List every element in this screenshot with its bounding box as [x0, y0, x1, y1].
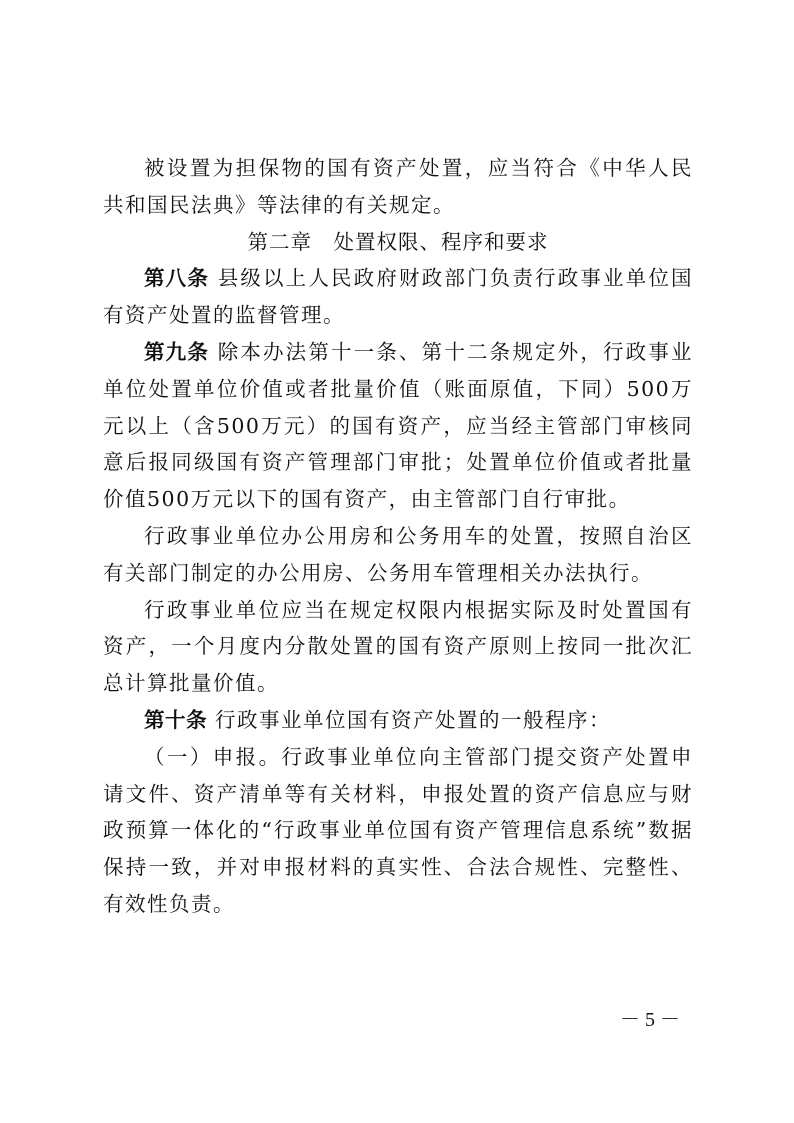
- paragraph-office-vehicles: 行政事业单位办公用房和公务用车的处置，按照自治区有关部门制定的办公用房、公务用车…: [103, 518, 693, 592]
- paragraph-timely-disposal: 行政事业单位应当在规定权限内根据实际及时处置国有资产，一个月度内分散处置的国有资…: [103, 592, 693, 702]
- chapter-heading: 第二章 处置权限、程序和要求: [103, 224, 693, 261]
- paragraph-declaration: （一）申报。行政事业单位向主管部门提交资产处置申请文件、资产清单等有关材料，申报…: [103, 739, 693, 923]
- document-page: 被设置为担保物的国有资产处置，应当符合《中华人民共和国民法典》等法律的有关规定。…: [103, 150, 693, 923]
- article-9: 第九条 除本办法第十一条、第十二条规定外，行政事业单位处置单位价值或者批量价值（…: [103, 334, 693, 518]
- article-8: 第八条 县级以上人民政府财政部门负责行政事业单位国有资产处置的监督管理。: [103, 260, 693, 334]
- article-text: 除本办法第十一条、第十二条规定外，行政事业单位处置单位价值或者批量价值（账面原值…: [103, 340, 693, 511]
- article-10: 第十条 行政事业单位国有资产处置的一般程序：: [103, 702, 693, 739]
- article-label: 第十条: [144, 708, 207, 732]
- article-text: 行政事业单位国有资产处置的一般程序：: [215, 708, 611, 732]
- page-number: － 5 －: [610, 1003, 690, 1032]
- article-label: 第八条: [144, 266, 209, 290]
- paragraph-collateral: 被设置为担保物的国有资产处置，应当符合《中华人民共和国民法典》等法律的有关规定。: [103, 150, 693, 224]
- article-label: 第九条: [144, 340, 209, 364]
